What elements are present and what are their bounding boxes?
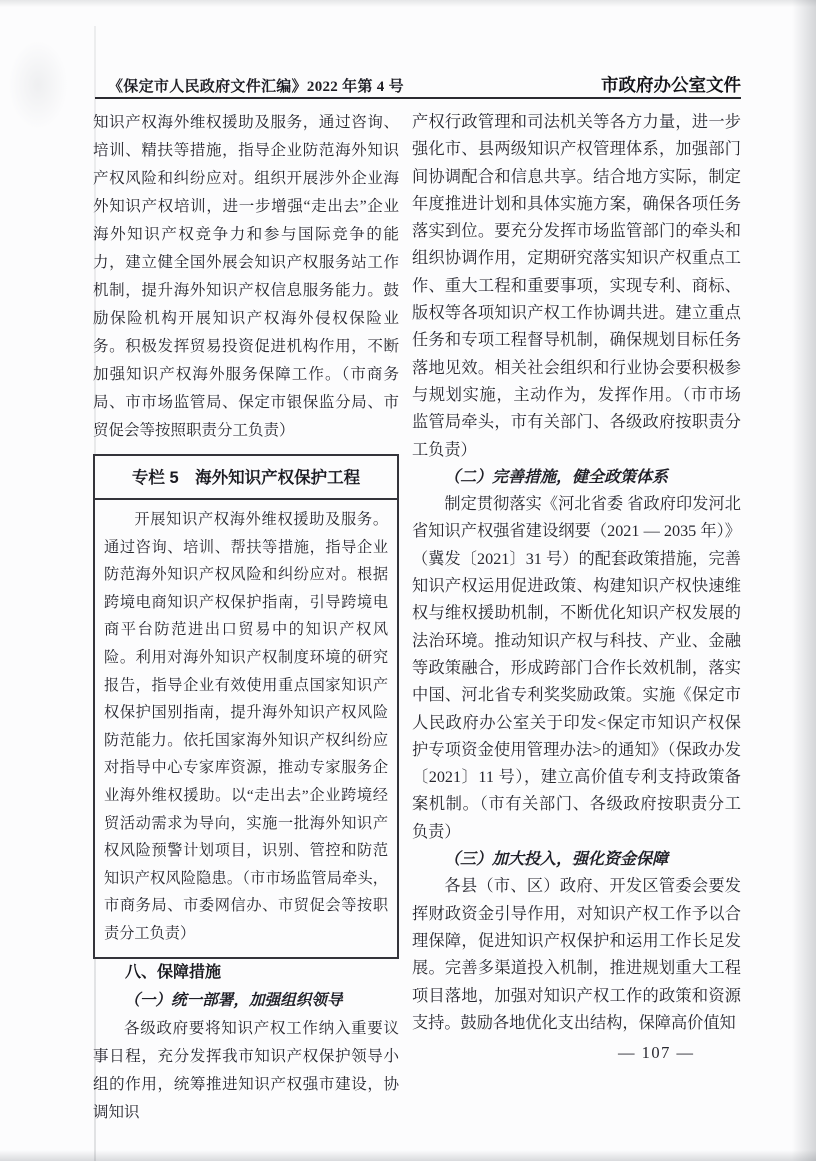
- scan-smudge: [8, 40, 68, 130]
- header-rule: [95, 97, 741, 99]
- scan-edge-top: [0, 0, 816, 7]
- scan-edge-right: [792, 0, 816, 1161]
- body-paragraph-policy-system: 制定贯彻落实《河北省委 省政府印发河北省知识产权强省建设纲要（2021 — 20…: [412, 491, 741, 846]
- body-paragraph-funding-guarantee: 各县（市、区）政府、开发区管委会要发挥财政资金引导作用，对知识产权工作予以合理保…: [412, 873, 741, 1037]
- header-compilation-title: 《保定市人民政府文件汇编》2022 年第 4 号: [108, 75, 404, 96]
- callout-box-column5: 专栏 5 海外知识产权保护工程 开展知识产权海外维权援助及服务。通过咨询、培训、…: [93, 454, 399, 959]
- page-number: — 107 —: [618, 1043, 695, 1063]
- subsection-heading-1: （一）统一部署，加强组织领导: [93, 987, 399, 1015]
- header-document-category: 市政府办公室文件: [601, 72, 741, 97]
- subsection-heading-2: （二）完善措施，健全政策体系: [412, 464, 741, 491]
- section-heading-safeguard-measures: 八、保障措施: [93, 959, 399, 987]
- body-paragraph-overseas-services: 知识产权海外维权援助及服务，通过咨询、培训、精扶等措施，指导企业防范海外知识产权…: [93, 109, 399, 445]
- left-column: 知识产权海外维权援助及服务，通过咨询、培训、精扶等措施，指导企业防范海外知识产权…: [93, 109, 399, 1127]
- body-paragraph-coordination: 产权行政管理和司法机关等各方力量，进一步强化市、县两级知识产权管理体系，加强部门…: [412, 109, 741, 464]
- scan-edge-bottom: [0, 1150, 816, 1161]
- body-paragraph-organization-leadership: 各级政府要将知识产权工作纳入重要议事日程，充分发挥我市知识产权保护领导小组的作用…: [93, 1015, 399, 1127]
- callout-box-body: 开展知识产权海外维权援助及服务。通过咨询、培训、帮扶等措施，指导企业防范海外知识…: [95, 500, 397, 957]
- subsection-heading-3: （三）加大投入，强化资金保障: [412, 846, 741, 873]
- scanned-document-page: 《保定市人民政府文件汇编》2022 年第 4 号 市政府办公室文件 知识产权海外…: [0, 0, 816, 1161]
- callout-box-title: 专栏 5 海外知识产权保护工程: [95, 456, 397, 500]
- right-column: 产权行政管理和司法机关等各方力量，进一步强化市、县两级知识产权管理体系，加强部门…: [412, 109, 741, 1037]
